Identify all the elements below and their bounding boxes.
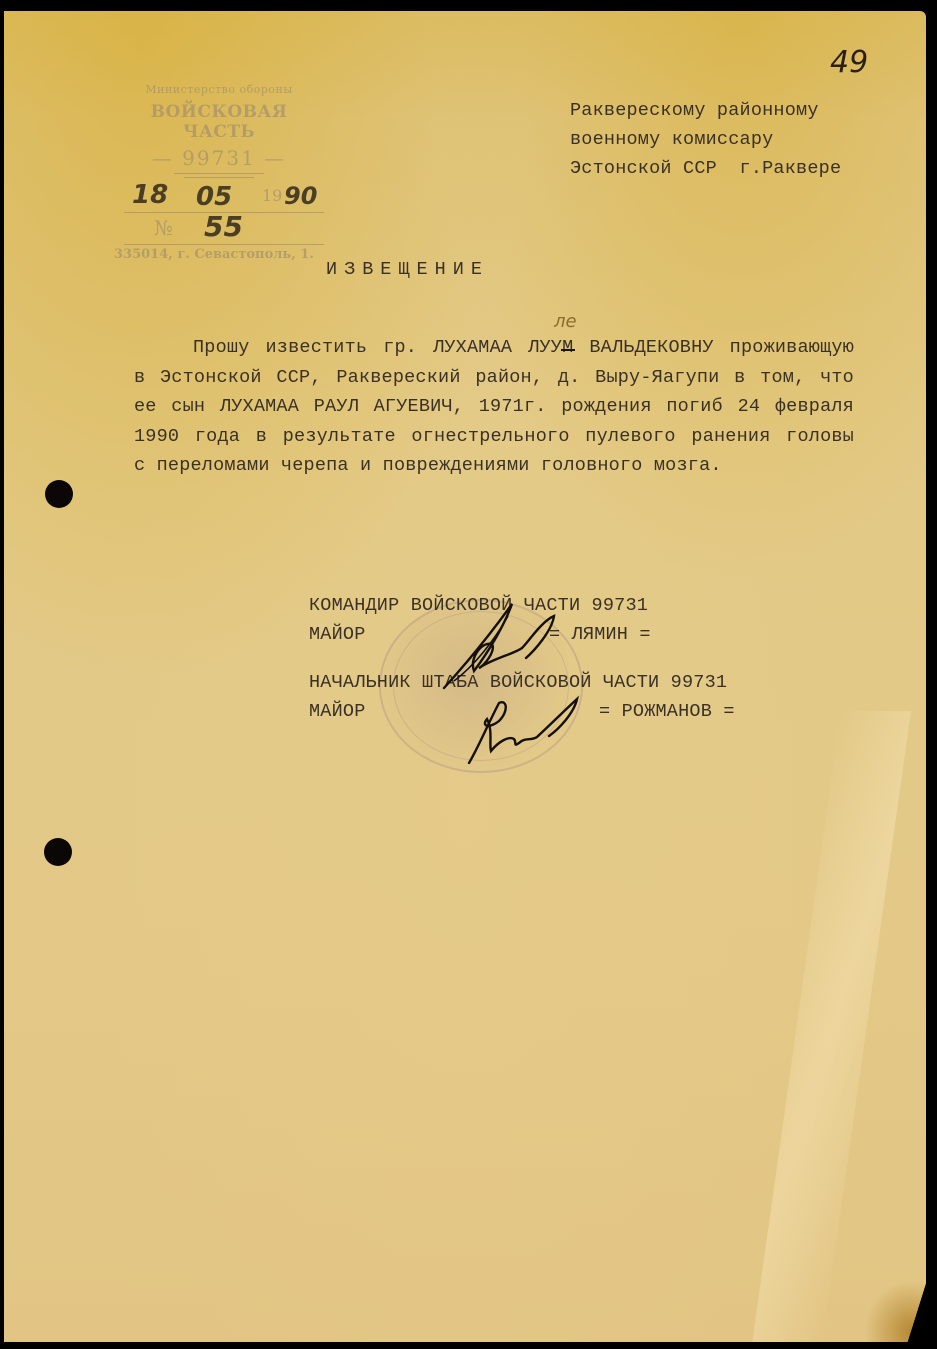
stamp-date-year: 90 <box>284 182 317 210</box>
body-text-segment: ВАЛЬДЕКОВНУ проживающую <box>573 337 854 358</box>
signature-commander <box>434 596 574 696</box>
addressee-line: Эстонской ССР г.Раквере <box>570 154 841 183</box>
stamp-date-day: 18 <box>132 180 168 210</box>
notice-body: Прошу известить гр. ЛУХАМАА ЛУУМ ВАЛЬДЕК… <box>134 333 854 481</box>
folded-corner <box>856 1272 926 1342</box>
stamp-date-year-printed: 19 <box>262 186 282 205</box>
document-page: 49 Министерство обороны ВОЙСКОВАЯ ЧАСТЬ … <box>4 11 926 1342</box>
body-line: Прошу известить гр. ЛУХАМАА ЛУУМ ВАЛЬДЕК… <box>134 333 854 363</box>
stamp-rule <box>174 173 264 174</box>
addressee-line: военному комиссару <box>570 125 841 154</box>
stamp-unit-label: ВОЙСКОВАЯ ЧАСТЬ <box>114 102 324 142</box>
body-line: в Эстонской ССР, Ракверeский район, д. В… <box>134 363 854 393</box>
body-line: 1990 года в результате огнестрельного пу… <box>134 422 854 452</box>
stamp-rule <box>184 177 254 178</box>
paper-crease <box>751 711 911 1349</box>
struck-letter: М <box>562 337 573 358</box>
stamp-date-row: 18 05 19 90 <box>124 184 324 213</box>
stamp-header: Министерство обороны <box>114 83 324 96</box>
page-number: 49 <box>830 45 868 80</box>
signatory-name: = РОЖМАНОВ = <box>599 697 735 726</box>
signature-chief-of-staff <box>459 691 599 771</box>
stamp-unit-number: — 99731 — <box>114 146 324 170</box>
stamp-rule <box>124 244 324 245</box>
stamp-number-row: № 55 <box>154 216 304 240</box>
body-line: ее сын ЛУХАМАА РАУЛ АГУЕВИЧ, 1971г. рожд… <box>134 392 854 422</box>
handwritten-correction: ле <box>554 311 577 332</box>
addressee-block: Раквере­скому районному военному комисса… <box>570 96 841 183</box>
addressee-line: Раквере­скому районному <box>570 96 841 125</box>
registration-stamp: Министерство обороны ВОЙСКОВАЯ ЧАСТЬ — 9… <box>114 79 324 259</box>
body-text-segment: Прошу известить гр. ЛУХАМАА ЛУУ <box>193 337 562 358</box>
body-line: с переломами черепа и повреждениями голо… <box>134 451 854 481</box>
stamp-address: 335014, г. Севастополь, 1. <box>114 247 324 262</box>
binder-hole <box>44 838 72 866</box>
document-title: ИЗВЕЩЕНИЕ <box>326 259 489 280</box>
stamp-number-label: № <box>154 216 173 240</box>
stamp-number-value: 55 <box>204 210 243 243</box>
stamp-date-month: 05 <box>196 182 232 212</box>
binder-hole <box>45 480 73 508</box>
